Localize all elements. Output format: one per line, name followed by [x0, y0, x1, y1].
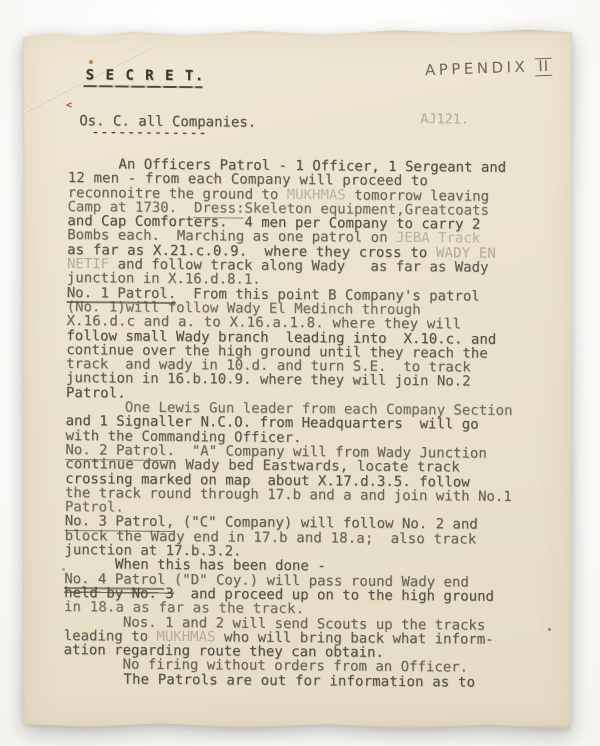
- document-line: leading to MUKHMAS who will bring back w…: [64, 629, 511, 647]
- classification-heading: S E C R E T.: [86, 67, 205, 84]
- text-segment: Bombs each. Marching as one patrol on: [67, 228, 396, 247]
- underlined-phrase: Dress:: [194, 200, 245, 216]
- text-segment: who will bring back what inform-: [215, 629, 493, 647]
- ink-speck: [548, 628, 551, 631]
- addressee-underline: -------------: [91, 124, 207, 141]
- rust-stain: [89, 60, 93, 64]
- document-line: No firing without orders from an Officer…: [63, 657, 510, 675]
- photo-background: APPENDIXII S E C R E T. Os. C. all Compa…: [0, 0, 600, 746]
- text-segment: junction at 17.b.3.2.: [64, 542, 241, 560]
- text-segment: continue down Wady bed Eastwards, locate…: [65, 456, 460, 475]
- rust-speck: [213, 177, 216, 180]
- underlined-phrase: No. 4 Patrol: [64, 571, 165, 588]
- reference-number: AJ121.: [420, 111, 469, 127]
- text-segment: ("D" Coy.) will pass round Wady end: [165, 572, 469, 591]
- typewritten-layer: S E C R E T. Os. C. all Companies. -----…: [18, 29, 573, 734]
- document-line: One Lewis Gun leader from each Company S…: [66, 400, 513, 418]
- document-photo: APPENDIXII S E C R E T. Os. C. all Compa…: [23, 29, 572, 729]
- document-line: junction at 17.b.3.2.: [64, 543, 511, 561]
- document-body: An Officers Patrol - 1 Officer, 1 Sergea…: [63, 157, 514, 690]
- document-line: Camp at 1730. Dress:Skeleton equipment,G…: [67, 200, 514, 218]
- document-page: APPENDIXII S E C R E T. Os. C. all Compa…: [23, 29, 572, 729]
- ink-speck: [62, 568, 65, 571]
- document-line: junction in 16.b.10.9. where they will j…: [66, 371, 513, 389]
- text-segment: JEBA Track: [396, 230, 480, 247]
- text-segment: leading to: [64, 628, 157, 645]
- text-segment: MUKHMAS: [156, 629, 215, 646]
- document-line: continue down Wady bed Eastwards, locate…: [65, 457, 512, 475]
- document-line: Bombs each. Marching as one patrol on JE…: [67, 229, 514, 247]
- text-segment: Camp at 1730.: [67, 199, 194, 216]
- document-line: X.16.d.c and a. to X.16.a.1.8. where the…: [66, 314, 513, 332]
- rust-mark: <: [66, 100, 73, 109]
- document-line: No. 4 Patrol ("D" Coy.) will pass round …: [64, 572, 511, 590]
- text-segment: Skeleton equipment,Greatcoats: [244, 200, 489, 218]
